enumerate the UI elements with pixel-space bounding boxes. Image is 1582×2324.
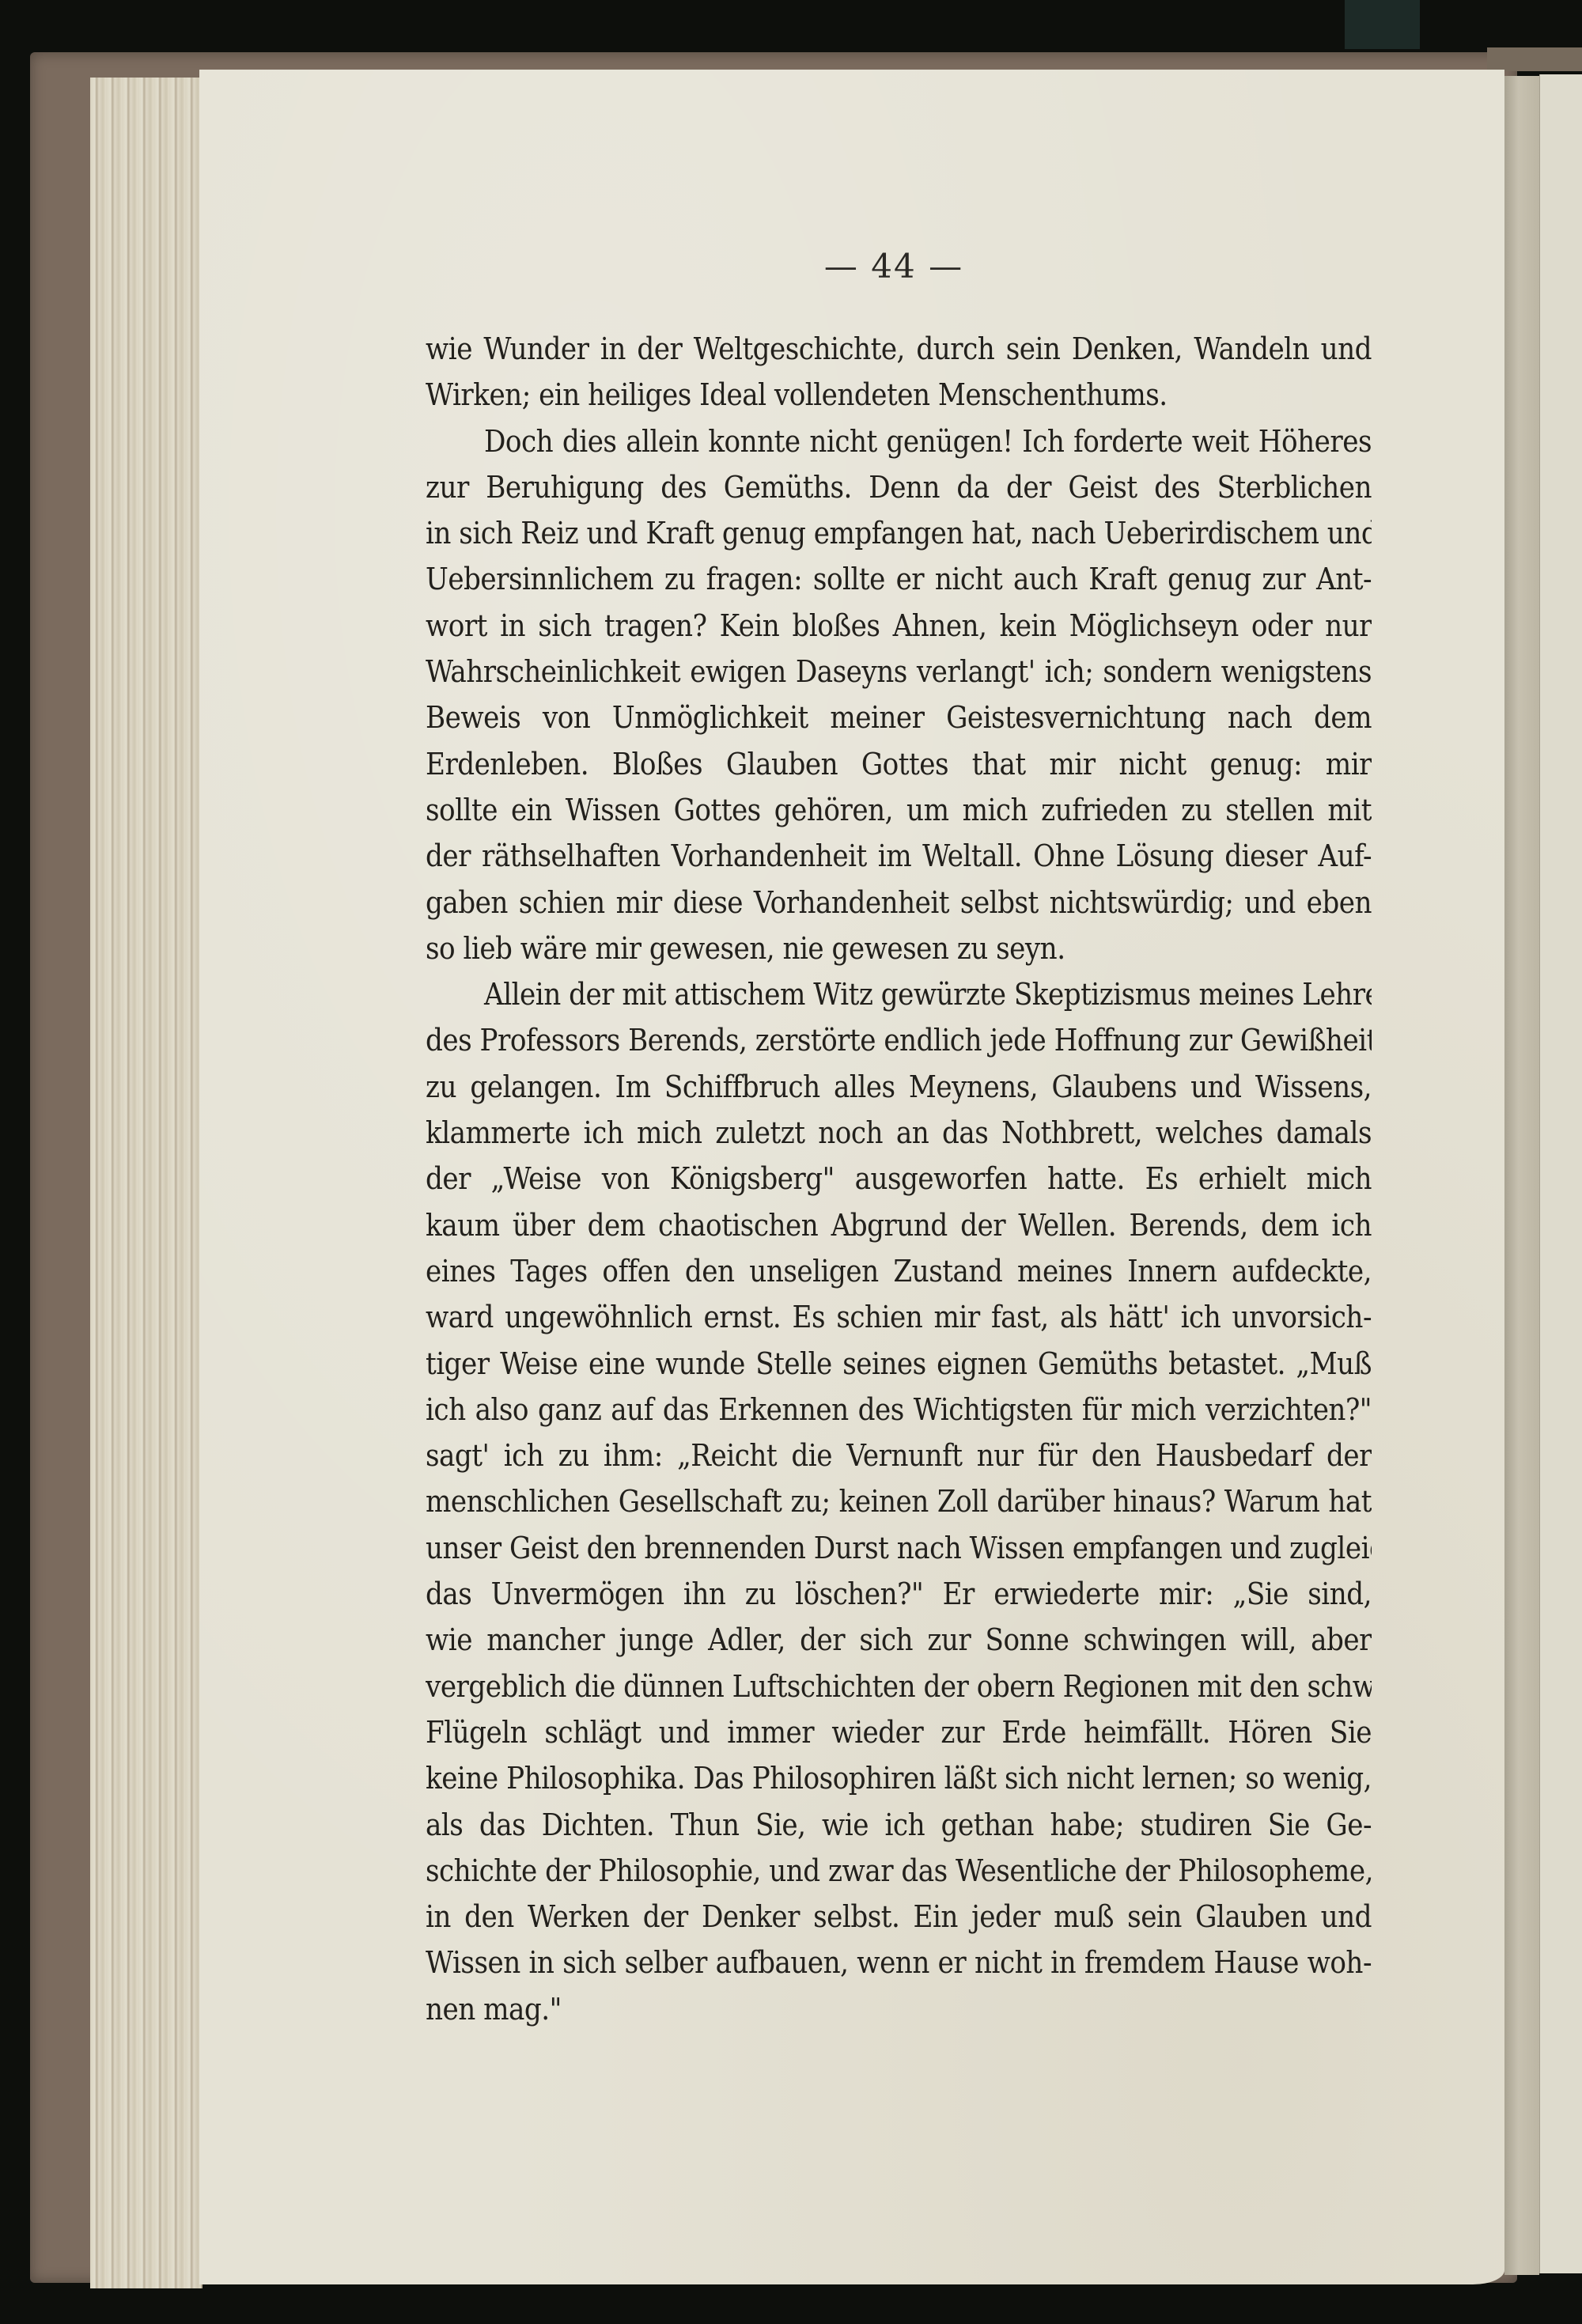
text-line: Allein der mit attischem Witz gewürzte S… [426, 971, 1372, 1017]
text-line: unser Geist den brennenden Durst nach Wi… [426, 1525, 1372, 1571]
facing-page [1539, 74, 1582, 2273]
text-line: des Professors Berends, zerstörte endlic… [426, 1017, 1372, 1063]
text-line: wort in sich tragen? Kein bloßes Ahnen, … [426, 603, 1372, 649]
text-line: in sich Reiz und Kraft genug empfangen h… [426, 510, 1372, 556]
text-line: keine Philosophika. Das Philosophiren lä… [426, 1755, 1372, 1801]
text-line: sollte ein Wissen Gottes gehören, um mic… [426, 787, 1372, 833]
text-line: zu gelangen. Im Schiffbruch alles Meynen… [426, 1064, 1372, 1110]
text-line: Doch dies allein konnte nicht genügen! I… [426, 418, 1372, 464]
page-fore-edges [90, 78, 202, 2288]
text-line: in den Werken der Denker selbst. Ein jed… [426, 1894, 1372, 1940]
text-line: eines Tages offen den unseligen Zustand … [426, 1248, 1372, 1294]
text-line: Wissen in sich selber aufbauen, wenn er … [426, 1940, 1372, 1985]
text-line: sagt' ich zu ihm: „Reicht die Vernunft n… [426, 1433, 1372, 1478]
text-line: so lieb wäre mir gewesen, nie gewesen zu… [426, 925, 1372, 971]
text-line: menschlichen Gesellschaft zu; keinen Zol… [426, 1478, 1372, 1524]
text-line: das Unvermögen ihn zu löschen?" Er erwie… [426, 1571, 1372, 1617]
text-line: schichte der Philosophie, und zwar das W… [426, 1848, 1372, 1894]
text-line: zur Beruhigung des Gemüths. Denn da der … [426, 464, 1372, 510]
book-cover-edge [1487, 47, 1582, 71]
book-gutter [1504, 76, 1539, 2275]
text-line: tiger Weise eine wunde Stelle seines eig… [426, 1341, 1372, 1387]
text-line: wie mancher junge Adler, der sich zur So… [426, 1617, 1372, 1663]
body-text: wie Wunder in der Weltgeschichte, durch … [426, 326, 1372, 2032]
text-line: ward ungewöhnlich ernst. Es schien mir f… [426, 1294, 1372, 1340]
text-line: der „Weise von Königsberg" ausgeworfen h… [426, 1156, 1372, 1202]
text-line: Flügeln schlägt und immer wieder zur Erd… [426, 1709, 1372, 1755]
text-line: als das Dichten. Thun Sie, wie ich getha… [426, 1802, 1372, 1848]
background-object [1345, 0, 1420, 49]
text-line: gaben schien mir diese Vorhandenheit sel… [426, 880, 1372, 925]
text-line: der räthselhaften Vorhandenheit im Welta… [426, 833, 1372, 879]
text-line: nen mag." [426, 1986, 1372, 2032]
page-number: — 44 — [791, 247, 997, 286]
text-line: vergeblich die dünnen Luftschichten der … [426, 1664, 1372, 1709]
text-line: kaum über dem chaotischen Abgrund der We… [426, 1202, 1372, 1248]
text-line: Erdenleben. Bloßes Glauben Gottes that m… [426, 741, 1372, 787]
text-line: Uebersinnlichem zu fragen: sollte er nic… [426, 556, 1372, 602]
text-line: Wahrscheinlichkeit ewigen Daseyns verlan… [426, 649, 1372, 695]
text-line: Wirken; ein heiliges Ideal vollendeten M… [426, 372, 1372, 418]
text-line: klammerte ich mich zuletzt noch an das N… [426, 1110, 1372, 1156]
text-line: wie Wunder in der Weltgeschichte, durch … [426, 326, 1372, 372]
text-line: ich also ganz auf das Erkennen des Wicht… [426, 1387, 1372, 1433]
text-line: Beweis von Unmöglichkeit meiner Geistesv… [426, 695, 1372, 740]
